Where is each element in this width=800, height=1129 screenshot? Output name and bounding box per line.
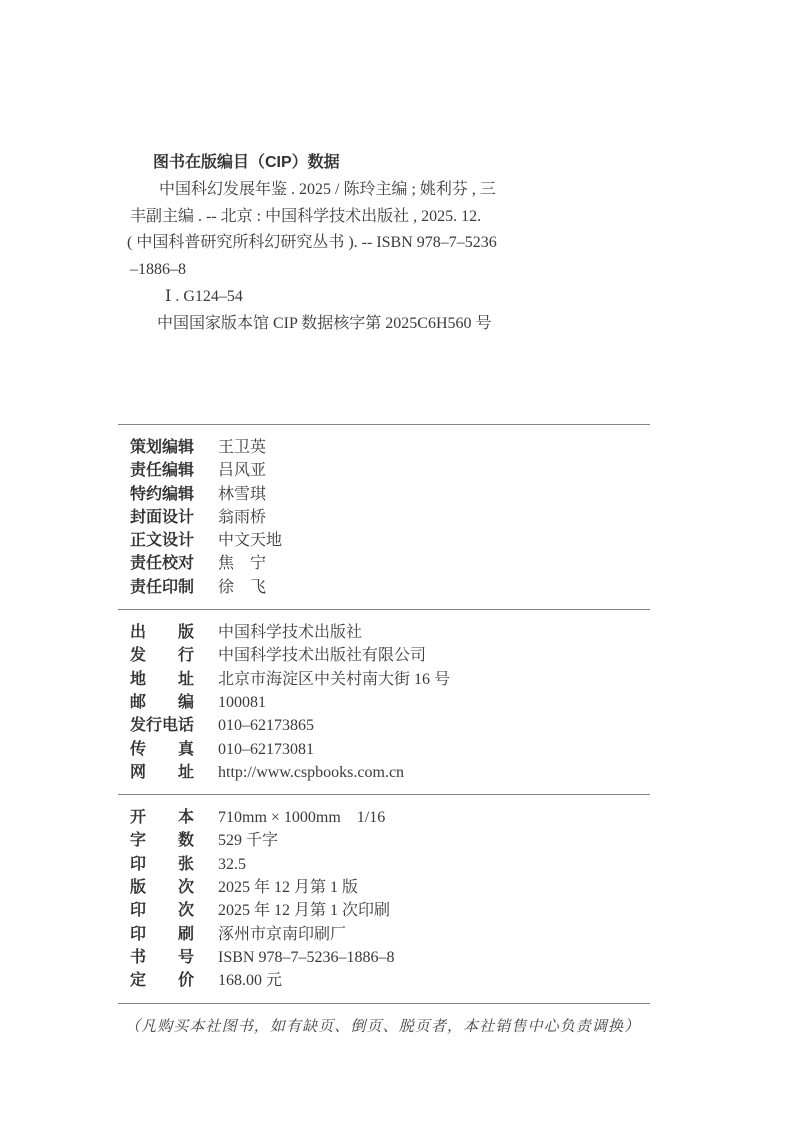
printing-value: 529 千字 xyxy=(218,832,278,849)
credits-row: 正文设计中文天地 xyxy=(130,529,650,552)
printing-row: 版次2025 年 12 月第 1 版 xyxy=(130,876,650,899)
printing-row: 书号ISBN 978–7–5236–1886–8 xyxy=(130,946,650,969)
publication-row: 网址http://www.cspbooks.com.cn xyxy=(130,761,650,784)
printing-value: 涿州市京南印刷厂 xyxy=(218,926,346,943)
publication-value: 100081 xyxy=(218,694,266,711)
publication-value: 北京市海淀区中关村南大街 16 号 xyxy=(218,671,450,688)
publication-label: 发行电话 xyxy=(130,714,194,737)
credit-value: 吕风亚 xyxy=(218,462,266,479)
printing-value: 2025 年 12 月第 1 版 xyxy=(218,879,358,896)
cip-registration-line: 中国国家版本馆 CIP 数据核字第 2025C6H560 号 xyxy=(127,311,527,338)
isbn-value: ISBN 978–7–5236–1886–8 xyxy=(218,949,394,966)
publication-label: 传真 xyxy=(130,738,194,761)
publication-row: 地址北京市海淀区中关村南大街 16 号 xyxy=(130,668,650,691)
publication-label: 地址 xyxy=(130,668,194,691)
publication-label: 发行 xyxy=(130,644,194,667)
credit-value: 徐 飞 xyxy=(218,579,266,596)
printing-row: 印次2025 年 12 月第 1 次印刷 xyxy=(130,899,650,922)
printing-section: 开本710mm × 1000mm 1/16 字数529 千字 印张32.5 版次… xyxy=(118,795,650,1002)
printing-label: 开本 xyxy=(130,806,194,829)
colophon-block: 策划编辑王卫英 责任编辑吕风亚 特约编辑林雪琪 封面设计翁雨桥 正文设计中文天地… xyxy=(118,424,650,1036)
credit-label: 正文设计 xyxy=(130,529,194,552)
credits-row: 责任编辑吕风亚 xyxy=(130,459,650,482)
printing-row: 开本710mm × 1000mm 1/16 xyxy=(130,806,650,829)
credit-value: 翁雨桥 xyxy=(218,509,266,526)
printing-label: 字数 xyxy=(130,829,194,852)
publication-label: 网址 xyxy=(130,761,194,784)
credit-label: 责任印制 xyxy=(130,576,194,599)
credits-row: 责任校对焦 宁 xyxy=(130,552,650,575)
printing-row: 定价168.00 元 xyxy=(130,969,650,992)
printing-label: 版次 xyxy=(130,876,194,899)
cip-block: 图书在版编目（CIP）数据 中国科幻发展年鉴 . 2025 / 陈玲主编 ; 姚… xyxy=(127,150,527,338)
printing-label: 印张 xyxy=(130,853,194,876)
publication-section: 出版中国科学技术出版社 发行中国科学技术出版社有限公司 地址北京市海淀区中关村南… xyxy=(118,610,650,794)
printing-label: 书号 xyxy=(130,946,194,969)
publication-row: 发行电话010–62173865 xyxy=(130,714,650,737)
publication-label: 邮编 xyxy=(130,691,194,714)
publication-row: 出版中国科学技术出版社 xyxy=(130,621,650,644)
publication-label: 出版 xyxy=(130,621,194,644)
publication-row: 邮编100081 xyxy=(130,691,650,714)
publication-value: 010–62173081 xyxy=(218,741,314,758)
publication-value: 010–62173865 xyxy=(218,717,314,734)
credit-value: 焦 宁 xyxy=(218,555,266,572)
credit-value: 中文天地 xyxy=(218,532,282,549)
cip-line: ( 中国科普研究所科幻研究丛书 ). -- ISBN 978–7–5236 xyxy=(127,230,527,257)
cip-line: –1886–8 xyxy=(127,257,527,284)
printing-row: 印张32.5 xyxy=(130,853,650,876)
publication-website-value: http://www.cspbooks.com.cn xyxy=(218,764,404,781)
replacement-note: （凡购买本社图书，如有缺页、倒页、脱页者，本社销售中心负责调换） xyxy=(125,1015,650,1036)
credit-value: 王卫英 xyxy=(218,439,266,456)
printing-label: 印刷 xyxy=(130,923,194,946)
credits-section: 策划编辑王卫英 责任编辑吕风亚 特约编辑林雪琪 封面设计翁雨桥 正文设计中文天地… xyxy=(118,425,650,609)
credits-row: 策划编辑王卫英 xyxy=(130,436,650,459)
publication-value: 中国科学技术出版社有限公司 xyxy=(218,647,426,664)
credits-row: 封面设计翁雨桥 xyxy=(130,506,650,529)
replacement-note-section: （凡购买本社图书，如有缺页、倒页、脱页者，本社销售中心负责调换） xyxy=(118,1004,650,1036)
printing-value: 2025 年 12 月第 1 次印刷 xyxy=(218,902,390,919)
credit-label: 责任编辑 xyxy=(130,459,194,482)
printing-label: 定价 xyxy=(130,969,194,992)
cip-line: 丰副主编 . -- 北京 : 中国科学技术出版社 , 2025. 12. xyxy=(127,204,527,231)
credit-value: 林雪琪 xyxy=(218,486,266,503)
cip-line: 中国科幻发展年鉴 . 2025 / 陈玲主编 ; 姚利芬 , 三 xyxy=(127,177,527,204)
credit-label: 责任校对 xyxy=(130,552,194,575)
printing-value: 32.5 xyxy=(218,856,246,873)
credits-row: 特约编辑林雪琪 xyxy=(130,483,650,506)
credit-label: 特约编辑 xyxy=(130,483,194,506)
copyright-page: 图书在版编目（CIP）数据 中国科幻发展年鉴 . 2025 / 陈玲主编 ; 姚… xyxy=(0,0,800,1129)
printing-row: 印刷涿州市京南印刷厂 xyxy=(130,923,650,946)
publication-value: 中国科学技术出版社 xyxy=(218,624,362,641)
publication-row: 传真010–62173081 xyxy=(130,738,650,761)
printing-value: 710mm × 1000mm 1/16 xyxy=(218,809,385,826)
publication-row: 发行中国科学技术出版社有限公司 xyxy=(130,644,650,667)
cip-classification-line: Ⅰ . G124–54 xyxy=(127,284,527,311)
printing-label: 印次 xyxy=(130,899,194,922)
price-value: 168.00 元 xyxy=(218,972,282,989)
credits-row: 责任印制徐 飞 xyxy=(130,576,650,599)
credit-label: 策划编辑 xyxy=(130,436,194,459)
printing-row: 字数529 千字 xyxy=(130,829,650,852)
credit-label: 封面设计 xyxy=(130,506,194,529)
cip-heading: 图书在版编目（CIP）数据 xyxy=(127,150,527,177)
